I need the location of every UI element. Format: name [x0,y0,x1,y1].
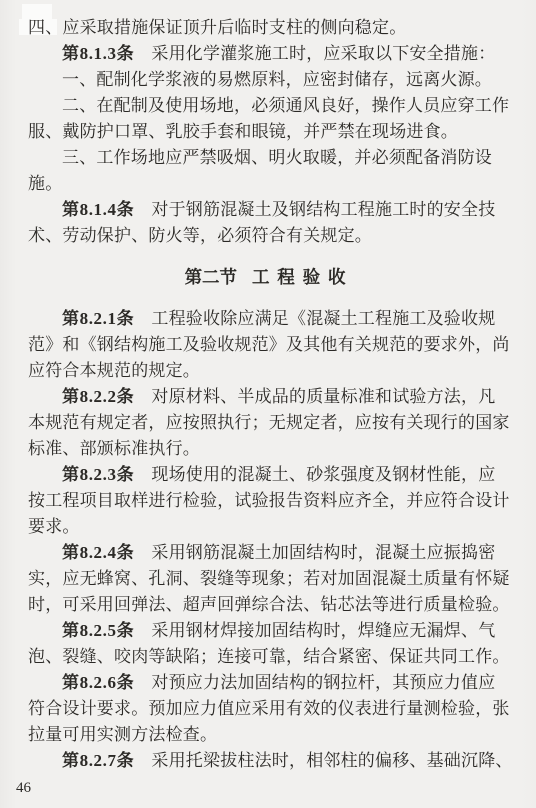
text-line: 范》和《钢结构施工及验收规范》及其他有关规范的要求外，尚 [28,332,510,358]
text-line: 拉量可用实测方法检查。 [28,722,510,748]
body-text: 二、在配制及使用场地，必须通风良好，操作人员应穿工作 [62,96,509,115]
body-text: 采用托梁拔柱法时，相邻柱的偏移、基础沉降、 [134,751,512,770]
text-line: 实，应无蜂窝、孔洞、裂缝等现象；若对加固混凝土质量有怀疑 [28,566,510,592]
text-line: 按工程项目取样进行检验，试验报告资料应齐全，并应符合设计 [28,488,510,514]
body-text: 四、应采取措施保证顶升后临时支柱的侧向稳定。 [28,18,406,37]
body-text: 采用化学灌浆施工时，应采取以下安全措施： [134,44,495,63]
page-number: 46 [16,778,31,798]
text-line: 第8.1.4条 对于钢筋混凝土及钢结构工程施工时的安全技 [28,197,510,223]
article-number: 第8.2.1条 [62,309,134,328]
section-heading-chapter: 第二节 [185,267,238,287]
body-text: 标准、部颁标准执行。 [28,439,200,458]
text-line: 时，可采用回弹法、超声回弹综合法、钻芯法等进行质量检验。 [28,592,510,618]
body-text: 拉量可用实测方法检查。 [28,725,217,744]
text-line: 服、戴防护口罩、乳胶手套和眼镜，并严禁在现场进食。 [28,119,510,145]
body-text: 对预应力法加固结构的钢拉杆，其预应力值应 [134,673,495,692]
section-heading-title: 工程验收 [252,267,354,287]
body-text: 符合设计要求。预加应力值应采用有效的仪表进行量测检验，张 [28,699,510,718]
body-text: 范》和《钢结构施工及验收规范》及其他有关规范的要求外，尚 [28,335,510,354]
body-text: 泡、裂缝、咬肉等缺陷；连接可靠，结合紧密、保证共同工作。 [28,647,510,666]
article-number: 第8.2.2条 [62,387,134,406]
body-text: 本规范有规定者，应按照执行；无规定者，应按有关现行的国家 [28,413,510,432]
text-line: 应符合本规范的规定。 [28,358,510,384]
body-text: 时，可采用回弹法、超声回弹综合法、钻芯法等进行质量检验。 [28,595,510,614]
article-number: 第8.2.5条 [62,621,134,640]
article-number: 第8.2.3条 [62,465,134,484]
text-line: 一、配制化学浆液的易燃原料，应密封储存，远离火源。 [28,67,510,93]
article-number: 第8.2.6条 [62,673,134,692]
body-text: 一、配制化学浆液的易燃原料，应密封储存，远离火源。 [62,70,492,89]
text-line: 符合设计要求。预加应力值应采用有效的仪表进行量测检验，张 [28,696,510,722]
body-text: 对于钢筋混凝土及钢结构工程施工时的安全技 [134,200,495,219]
text-line: 施。 [28,171,510,197]
article-number: 第8.1.4条 [62,200,134,219]
text-line: 三、工作场地应严禁吸烟、明火取暖，并必须配备消防设 [28,145,510,171]
body-text: 采用钢筋混凝土加固结构时，混凝土应振捣密 [134,543,495,562]
article-number: 第8.1.3条 [62,44,134,63]
body-text: 服、戴防护口罩、乳胶手套和眼镜，并严禁在现场进食。 [28,122,458,141]
body-text: 采用钢材焊接加固结构时，焊缝应无漏焊、气 [134,621,495,640]
section-8-1-paragraphs: 四、应采取措施保证顶升后临时支柱的侧向稳定。第8.1.3条 采用化学灌浆施工时，… [28,15,510,249]
text-line: 第8.2.4条 采用钢筋混凝土加固结构时，混凝土应振捣密 [28,540,510,566]
text-line: 标准、部颁标准执行。 [28,436,510,462]
body-text: 术、劳动保护、防火等，必须符合有关规定。 [28,226,372,245]
body-text: 要求。 [28,517,80,536]
text-line: 要求。 [28,514,510,540]
text-line: 第8.2.6条 对预应力法加固结构的钢拉杆，其预应力值应 [28,670,510,696]
body-text: 工程验收除应满足《混凝土工程施工及验收规 [134,309,495,328]
article-number: 第8.2.7条 [62,751,134,770]
text-line: 第8.1.3条 采用化学灌浆施工时，应采取以下安全措施： [28,41,510,67]
text-line: 第8.2.2条 对原材料、半成品的质量标准和试验方法，凡 [28,384,510,410]
page-content: 四、应采取措施保证顶升后临时支柱的侧向稳定。第8.1.3条 采用化学灌浆施工时，… [28,15,510,774]
body-text: 实，应无蜂窝、孔洞、裂缝等现象；若对加固混凝土质量有怀疑 [28,569,510,588]
body-text: 三、工作场地应严禁吸烟、明火取暖，并必须配备消防设 [62,148,492,167]
text-line: 术、劳动保护、防火等，必须符合有关规定。 [28,223,510,249]
section-heading: 第二节工程验收 [28,264,510,291]
body-text: 对原材料、半成品的质量标准和试验方法，凡 [134,387,495,406]
text-line: 第8.2.3条 现场使用的混凝土、砂浆强度及钢材性能，应 [28,462,510,488]
text-line: 第8.2.5条 采用钢材焊接加固结构时，焊缝应无漏焊、气 [28,618,510,644]
body-text: 现场使用的混凝土、砂浆强度及钢材性能，应 [134,465,495,484]
text-line: 本规范有规定者，应按照执行；无规定者，应按有关现行的国家 [28,410,510,436]
text-line: 第8.2.1条 工程验收除应满足《混凝土工程施工及验收规 [28,306,510,332]
text-line: 第8.2.7条 采用托梁拔柱法时，相邻柱的偏移、基础沉降、 [28,748,510,774]
text-line: 二、在配制及使用场地，必须通风良好，操作人员应穿工作 [28,93,510,119]
article-number: 第8.2.4条 [62,543,134,562]
document-page: 四、应采取措施保证顶升后临时支柱的侧向稳定。第8.1.3条 采用化学灌浆施工时，… [0,0,536,808]
text-line: 泡、裂缝、咬肉等缺陷；连接可靠，结合紧密、保证共同工作。 [28,644,510,670]
body-text: 按工程项目取样进行检验，试验报告资料应齐全，并应符合设计 [28,491,510,510]
body-text: 应符合本规范的规定。 [28,361,200,380]
section-8-2-paragraphs: 第8.2.1条 工程验收除应满足《混凝土工程施工及验收规范》和《钢结构施工及验收… [28,306,510,774]
text-line: 四、应采取措施保证顶升后临时支柱的侧向稳定。 [28,15,510,41]
body-text: 施。 [28,174,62,193]
